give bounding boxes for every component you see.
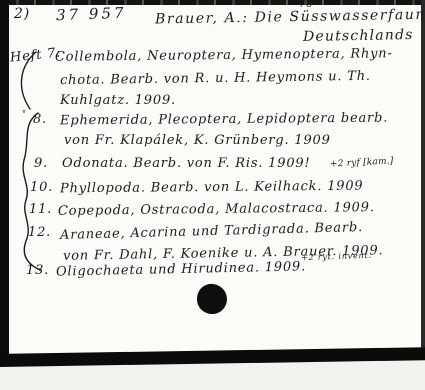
- entry-12-number: 12.: [28, 225, 51, 240]
- entry-11-number: 11.: [29, 202, 52, 217]
- entry-13-number: 13.: [26, 263, 49, 278]
- handwritten-brace-marks: [0, 0, 60, 300]
- entry-8-number: 8.: [33, 112, 47, 127]
- call-number: 37 957: [56, 4, 127, 24]
- entry-9-line1: Odonata. Bearb. von F. Ris. 1909!: [62, 156, 311, 171]
- page-mark: 2): [14, 6, 30, 22]
- entry-8-prefix-mark: °: [22, 109, 27, 118]
- scan-edge-right: [421, 0, 425, 356]
- scan-edge-top: [0, 0, 425, 5]
- entry-10-line1: Phyllopoda. Bearb. von L. Keilhack. 1909: [60, 179, 364, 197]
- title-continued: Deutschlands: [303, 27, 414, 45]
- entry-9-number: 9.: [34, 156, 48, 171]
- heading-insertion: 76: [299, 0, 313, 10]
- entry-10-number: 10.: [30, 180, 53, 195]
- entry-8-line2: von Fr. Klapálek, K. Grünberg. 1909: [64, 133, 331, 148]
- entry-8-line1: Ephemerida, Plecoptera, Lepidoptera bear…: [60, 111, 388, 129]
- scanned-catalog-card: 2) 37 957 Brauer, A.: Die Süsswasserfaun…: [0, 0, 425, 390]
- entry-heft7-line3: Kuhlgatz. 1909.: [60, 93, 176, 108]
